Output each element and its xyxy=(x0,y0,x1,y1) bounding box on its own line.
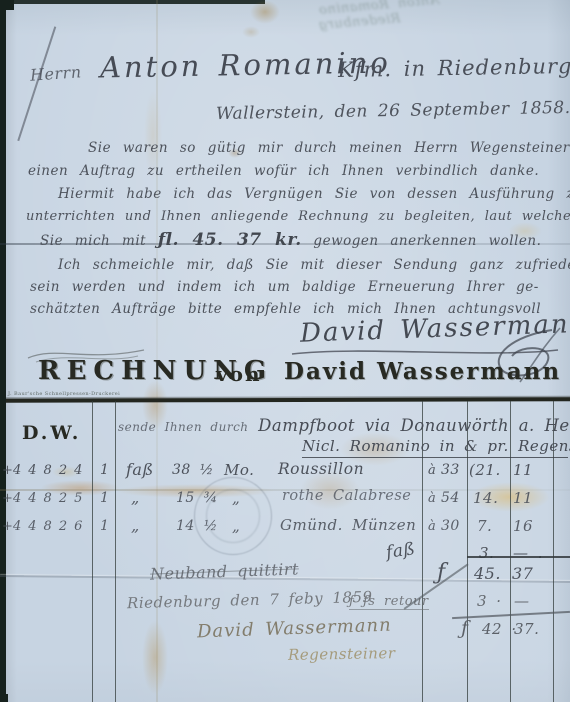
bleedthrough-marks: Anton Romanino Riedenburg xyxy=(224,0,441,41)
amount-line-value: ƒl. 45. 37 kr. xyxy=(158,230,302,250)
pen-flourish-stroke xyxy=(404,563,469,609)
body-line-6: Ich schmeichle mir, daß Sie mit dieser S… xyxy=(58,257,570,273)
row-item: Gmünd. Münzen xyxy=(280,516,416,534)
row-qty: 1 xyxy=(100,518,109,534)
fass-label: faß xyxy=(385,539,417,563)
total-separator-line xyxy=(467,556,570,558)
row-a: à xyxy=(428,491,436,506)
total-fl: 45. xyxy=(474,564,501,583)
deduction-label: ƒ ƒs retour xyxy=(349,594,429,610)
body-line-2: einen Auftrag zu ertheilen wofür ich Ihn… xyxy=(28,163,539,179)
stain-bottom-strip xyxy=(142,620,168,695)
row-item: Roussillon xyxy=(278,460,364,478)
row-a: à xyxy=(428,519,436,534)
quittance-note: Neuband quittirt xyxy=(150,559,299,583)
body-line-3: Hiermit habe ich das Vergnügen Sie von d… xyxy=(58,186,570,202)
row-measure: 15 ¾ xyxy=(176,490,218,506)
body-line-5-amount: Sie mich mit ƒl. 45. 37 kr. gewogen aner… xyxy=(40,230,541,250)
row-qty: 1 xyxy=(100,490,109,506)
row-unit: „ xyxy=(131,488,140,507)
body-line-7: sein werden und indem ich um baldige Ern… xyxy=(30,279,539,295)
deduction-kr: — xyxy=(514,592,530,610)
grand-fl: 42 · xyxy=(482,620,517,638)
table-top-rule xyxy=(6,397,570,402)
row-kr: 16 xyxy=(513,517,533,535)
recipient-place: Kfm. in Riedenburg xyxy=(338,54,570,82)
grand-currency-sign: ƒ xyxy=(461,617,469,639)
heading-connector: von xyxy=(216,362,262,386)
table-row: + 44826 1 „ 14 ½ „ Gmünd. Münzen à 30 7.… xyxy=(0,516,570,543)
table-column-line-2 xyxy=(115,401,116,702)
row-fl: 7. xyxy=(477,517,492,535)
row-measure-unit: Mo. xyxy=(224,461,254,479)
scan-edge-top xyxy=(0,0,265,4)
shipping-note-line2: Nicl. Romanino in & pr. Regensburg xyxy=(302,437,568,458)
row-fl: (21. xyxy=(469,461,501,479)
row-number: 44825 xyxy=(13,491,89,506)
row-tick: + xyxy=(2,463,13,478)
row-unit: „ xyxy=(131,516,140,535)
receipt-signature-2: Regensteiner xyxy=(288,644,396,664)
printer-imprint: J. Baur'sche Schnellpressen-Druckerei xyxy=(8,391,120,397)
dw-column-header: D.W. xyxy=(22,422,81,444)
row-kr: 11 xyxy=(513,461,533,479)
dateline: Wallerstein, den 26 September 1858. xyxy=(216,98,570,124)
row-a: à xyxy=(428,463,436,478)
table-row: + 44825 1 „ 15 ¾ „ rothe Calabrese à 54 … xyxy=(0,488,570,515)
receipt-signature: David Wassermann xyxy=(197,615,392,643)
row-number: 44824 xyxy=(13,463,89,478)
shipping-note-large: Dampfboot via Donauwörth a. Herrn xyxy=(258,416,570,435)
row-fl: 14. xyxy=(473,489,498,507)
shipping-note-line1: sende Ihnen durch Dampfboot via Donauwör… xyxy=(118,416,570,435)
scan-edge-bottom-left xyxy=(0,694,8,702)
scanned-invoice-letter: Anton Romanino Riedenburg Herrn Anton Ro… xyxy=(0,0,570,702)
address-flourish-stroke xyxy=(17,26,56,141)
row-qty: 1 xyxy=(100,462,109,478)
body-line-1: Sie waren so gütig mir durch meinen Herr… xyxy=(88,140,570,156)
row-measure: 38 ½ xyxy=(172,462,214,478)
row-price: 30 xyxy=(441,518,460,534)
row-tick: + xyxy=(2,519,13,534)
scan-edge-corner xyxy=(0,0,14,10)
amount-line-post: gewogen anerkennen wollen. xyxy=(302,233,542,249)
row-unit: faß xyxy=(126,460,154,479)
shipping-note-small: sende Ihnen durch xyxy=(118,420,249,434)
table-column-line-1 xyxy=(92,401,93,702)
grand-kr: 37. xyxy=(514,620,539,638)
body-line-4: unterrichten und Ihnen anliegende Rechnu… xyxy=(26,209,570,224)
row-number: 44826 xyxy=(13,519,89,534)
fass-fl: 3. xyxy=(479,544,494,562)
row-measure: 14 ½ xyxy=(176,518,218,534)
row-tick: + xyxy=(2,491,13,506)
row-price: 33 xyxy=(441,462,460,478)
scan-edge-left xyxy=(0,0,6,702)
fass-kr: — . xyxy=(513,544,543,562)
total-kr: 37 xyxy=(512,564,533,583)
row-item: rothe Calabrese xyxy=(282,488,411,504)
deduction-fl: 3 · xyxy=(477,592,502,610)
heading-name: David Wassermann xyxy=(284,358,561,385)
row-measure-unit: „ xyxy=(232,489,240,507)
row-kr: 11 xyxy=(513,489,533,507)
row-measure-unit: „ xyxy=(232,517,240,535)
table-row: + 44824 1 faß 38 ½ Mo. Roussillon à 33 (… xyxy=(0,460,570,487)
receipt-place-date: Riedenburg den 7 feby 1859 xyxy=(127,588,373,612)
amount-line-pre: Sie mich mit xyxy=(40,233,158,249)
row-price: 54 xyxy=(441,490,460,506)
